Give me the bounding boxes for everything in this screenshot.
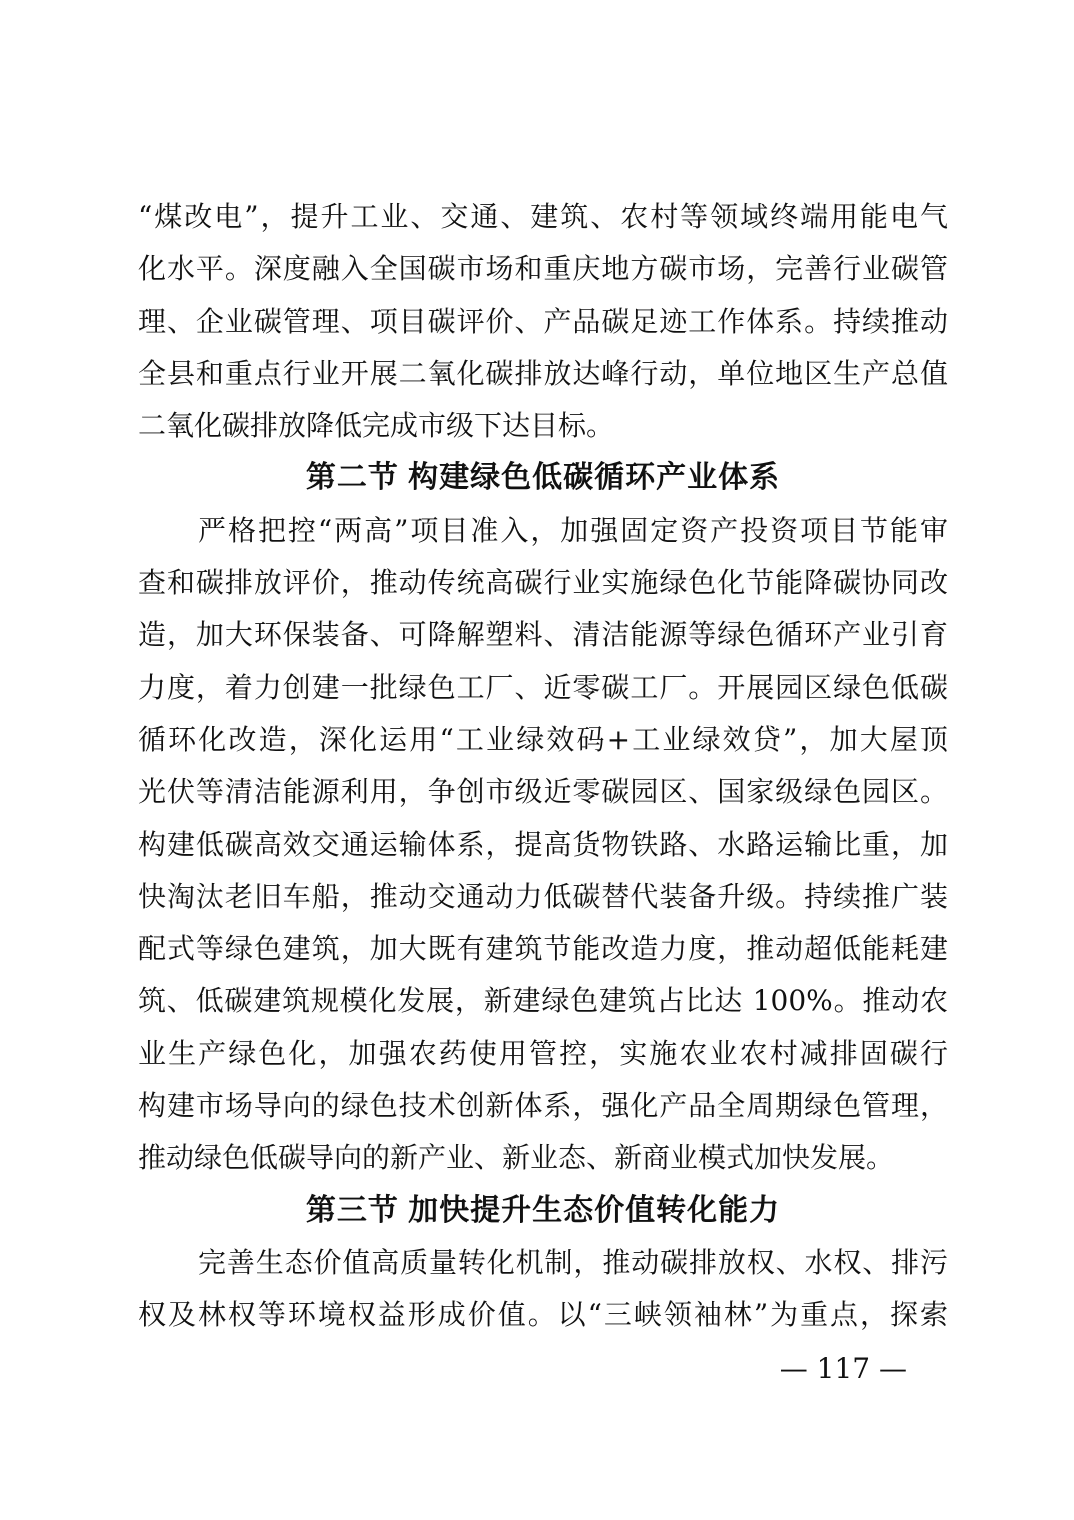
text-line: 严格把控“两高”项目准入，加强固定资产投资项目节能审 [138, 505, 948, 557]
text-line: 造，加大环保装备、可降解塑料、清洁能源等绿色循环产业引育 [138, 609, 948, 661]
text-line: 业生产绿色化，加强农药使用管控，实施农业农村减排固碳行动。 [138, 1028, 948, 1080]
text-line: 查和碳排放评价，推动传统高碳行业实施绿色化节能降碳协同改 [138, 557, 948, 609]
page-body: “煤改电”，提升工业、交通、建筑、农村等领域终端用能电气化水平。深度融入全国碳市… [138, 191, 948, 1342]
text-lines: “煤改电”，提升工业、交通、建筑、农村等领域终端用能电气化水平。深度融入全国碳市… [138, 191, 948, 1342]
text-line: 力度，着力创建一批绿色工厂、近零碳工厂。开展园区绿色低碳 [138, 662, 948, 714]
text-line: 构建市场导向的绿色技术创新体系，强化产品全周期绿色管理， [138, 1080, 948, 1132]
text-line: 光伏等清洁能源利用，争创市级近零碳园区、国家级绿色园区。 [138, 766, 948, 818]
text-line: 筑、低碳建筑规模化发展，新建绿色建筑占比达 100%。推动农 [138, 975, 948, 1027]
text-line: 二氧化碳排放降低完成市级下达目标。 [138, 400, 948, 452]
section-heading: 第二节 构建绿色低碳循环产业体系 [138, 452, 948, 504]
text-line: 全县和重点行业开展二氧化碳排放达峰行动，单位地区生产总值 [138, 348, 948, 400]
text-line: 循环化改造，深化运用“工业绿效码+工业绿效贷”，加大屋顶 [138, 714, 948, 766]
text-line: 化水平。深度融入全国碳市场和重庆地方碳市场，完善行业碳管 [138, 243, 948, 295]
text-line: 构建低碳高效交通运输体系，提高货物铁路、水路运输比重，加 [138, 819, 948, 871]
text-line: 权及林权等环境权益形成价值。以“三峡领袖林”为重点，探索 [138, 1289, 948, 1341]
text-line: 理、企业碳管理、项目碳评价、产品碳足迹工作体系。持续推动 [138, 296, 948, 348]
page-number: — 117 — [780, 1352, 907, 1386]
text-line: 完善生态价值高质量转化机制，推动碳排放权、水权、排污 [138, 1237, 948, 1289]
text-line: 快淘汰老旧车船，推动交通动力低碳替代装备升级。持续推广装 [138, 871, 948, 923]
text-line: 配式等绿色建筑，加大既有建筑节能改造力度，推动超低能耗建 [138, 923, 948, 975]
document-page: “煤改电”，提升工业、交通、建筑、农村等领域终端用能电气化水平。深度融入全国碳市… [0, 0, 1074, 1520]
text-line: “煤改电”，提升工业、交通、建筑、农村等领域终端用能电气 [138, 191, 948, 243]
section-heading: 第三节 加快提升生态价值转化能力 [138, 1185, 948, 1237]
text-line: 推动绿色低碳导向的新产业、新业态、新商业模式加快发展。 [138, 1132, 948, 1184]
